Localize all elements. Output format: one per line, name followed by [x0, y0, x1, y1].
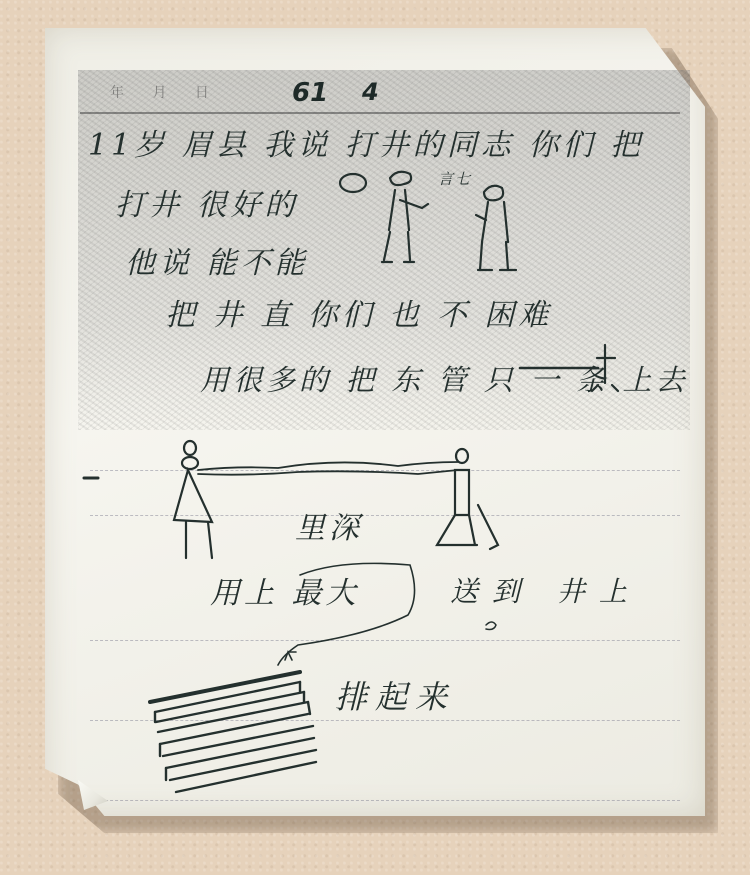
- figure-left-icon: [340, 172, 428, 262]
- sketch-drawings: [0, 0, 750, 875]
- person-left-icon: [174, 441, 212, 558]
- figure-small-icon: [520, 345, 618, 391]
- small-circle-icon: [486, 622, 496, 630]
- stacked-pipes-icon: [150, 672, 316, 792]
- person-right-icon: [437, 449, 498, 549]
- circle-outline-icon: [278, 563, 415, 665]
- figure-right-icon: [476, 186, 516, 270]
- rope-icon: [198, 462, 458, 475]
